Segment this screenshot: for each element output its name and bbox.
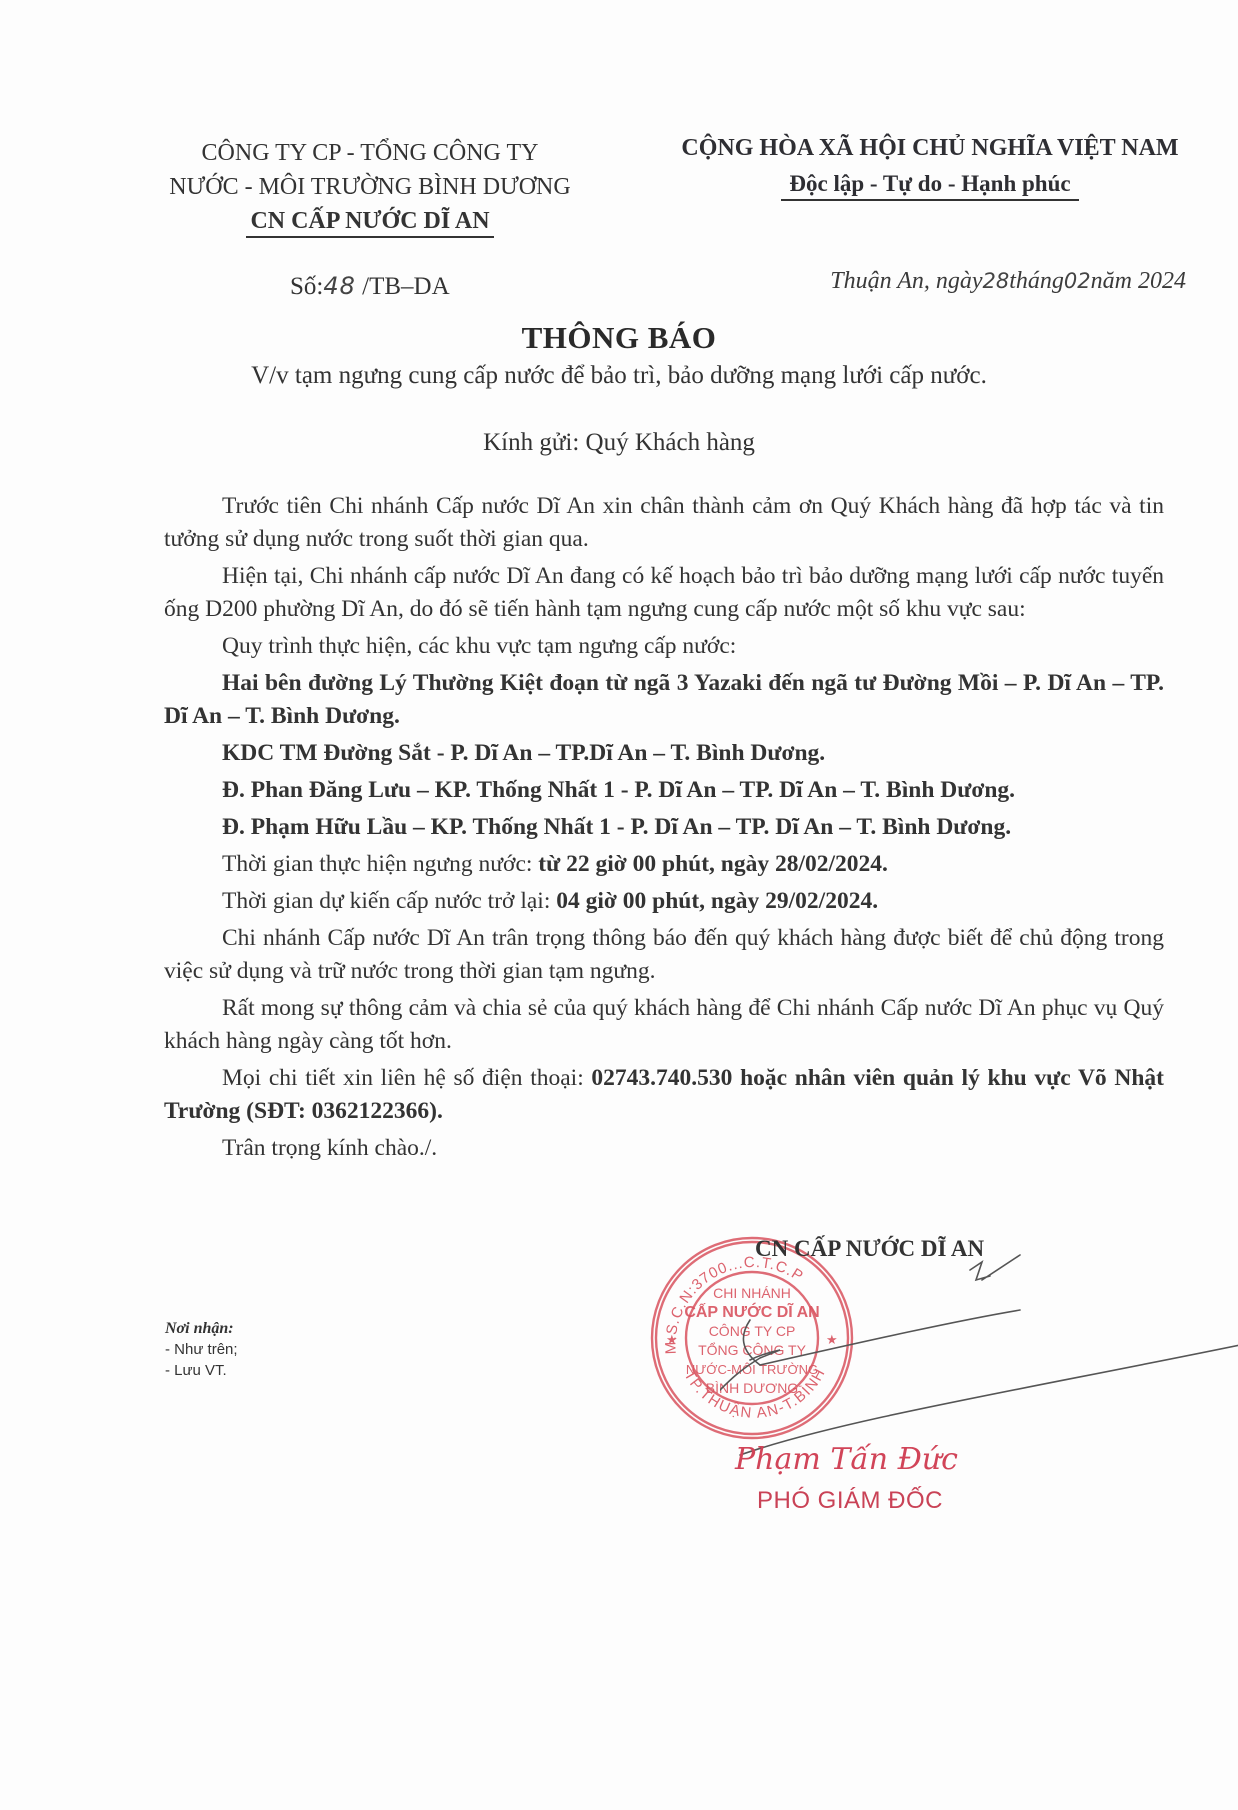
paragraph-apology: Rất mong sự thông cảm và chia sẻ của quý… — [164, 992, 1164, 1058]
date-year: năm 2024 — [1091, 268, 1186, 294]
date-month: 02 — [1064, 269, 1091, 293]
recipient-item: - Lưu VT. — [165, 1360, 238, 1381]
document-subject: V/v tạm ngưng cung cấp nước để bảo trì, … — [0, 362, 1238, 390]
stop-time: Thời gian thực hiện ngưng nước: từ 22 gi… — [164, 848, 1164, 881]
svg-text:★: ★ — [666, 1332, 678, 1347]
country-name: CỘNG HÒA XÃ HỘI CHỦ NGHĨA VIỆT NAM — [640, 130, 1220, 166]
document-body: Trước tiên Chi nhánh Cấp nước Dĩ An xin … — [164, 490, 1164, 1169]
date-place: Thuận An, ngày — [830, 268, 982, 294]
paragraph-plan: Hiện tại, Chi nhánh cấp nước Dĩ An đang … — [164, 560, 1164, 626]
closing: Trân trọng kính chào./. — [164, 1132, 1164, 1165]
recipient-item: - Như trên; — [165, 1339, 238, 1360]
resume-time-label: Thời gian dự kiến cấp nước trở lại: — [222, 888, 556, 914]
document-title: THÔNG BÁO — [0, 320, 1238, 356]
doc-number-suffix: /TB–DA — [356, 273, 450, 300]
national-motto: Độc lập - Tự do - Hạnh phúc — [781, 169, 1078, 201]
document-number: Số:48 /TB–DA — [290, 272, 450, 301]
resume-time-value: 04 giờ 00 phút, ngày 29/02/2024. — [556, 888, 878, 914]
recipients: Nơi nhận: - Như trên; - Lưu VT. — [165, 1318, 238, 1381]
paragraph-thanks: Trước tiên Chi nhánh Cấp nước Dĩ An xin … — [164, 490, 1164, 556]
doc-number-handwritten: 48 — [323, 272, 356, 300]
resume-time: Thời gian dự kiến cấp nước trở lại: 04 g… — [164, 885, 1164, 918]
area-item: Đ. Phan Đăng Lưu – KP. Thống Nhất 1 - P.… — [164, 774, 1164, 807]
doc-number-label: Số: — [290, 273, 323, 300]
date-line: Thuận An, ngày28tháng02năm 2024 — [830, 268, 1186, 295]
area-item: Hai bên đường Lý Thường Kiệt đoạn từ ngã… — [164, 667, 1164, 733]
contact-label: Mọi chi tiết xin liên hệ số điện thoại: — [222, 1065, 591, 1091]
stop-time-label: Thời gian thực hiện ngưng nước: — [222, 851, 538, 877]
handwritten-signature-icon — [720, 1240, 1238, 1470]
greeting: Kính gửi: Quý Khách hàng — [0, 429, 1238, 457]
areas-intro: Quy trình thực hiện, các khu vực tạm ngư… — [164, 630, 1164, 663]
organization-header: CÔNG TY CP - TỔNG CÔNG TY NƯỚC - MÔI TRƯ… — [100, 136, 640, 238]
recipients-label: Nơi nhận: — [165, 1318, 238, 1339]
org-line-1: CÔNG TY CP - TỔNG CÔNG TY — [100, 136, 640, 170]
branch-name: CN CẤP NƯỚC DĨ AN — [246, 206, 493, 238]
contact-info: Mọi chi tiết xin liên hệ số điện thoại: … — [164, 1062, 1164, 1128]
signer-title: PHÓ GIÁM ĐỐC — [757, 1487, 943, 1515]
date-day: 28 — [983, 269, 1010, 293]
area-item: Đ. Phạm Hữu Lầu – KP. Thống Nhất 1 - P. … — [164, 811, 1164, 844]
signing-organization: CN CẤP NƯỚC DĨ AN — [755, 1236, 984, 1262]
stop-time-value: từ 22 giờ 00 phút, ngày 28/02/2024. — [538, 851, 888, 877]
paragraph-notice: Chi nhánh Cấp nước Dĩ An trân trọng thôn… — [164, 922, 1164, 988]
area-item: KDC TM Đường Sắt - P. Dĩ An – TP.Dĩ An –… — [164, 737, 1164, 770]
national-header: CỘNG HÒA XÃ HỘI CHỦ NGHĨA VIỆT NAM Độc l… — [640, 130, 1220, 202]
org-line-2: NƯỚC - MÔI TRƯỜNG BÌNH DƯƠNG — [100, 170, 640, 204]
date-month-label: tháng — [1009, 268, 1064, 294]
signer-name: Phạm Tấn Đức — [735, 1442, 958, 1477]
